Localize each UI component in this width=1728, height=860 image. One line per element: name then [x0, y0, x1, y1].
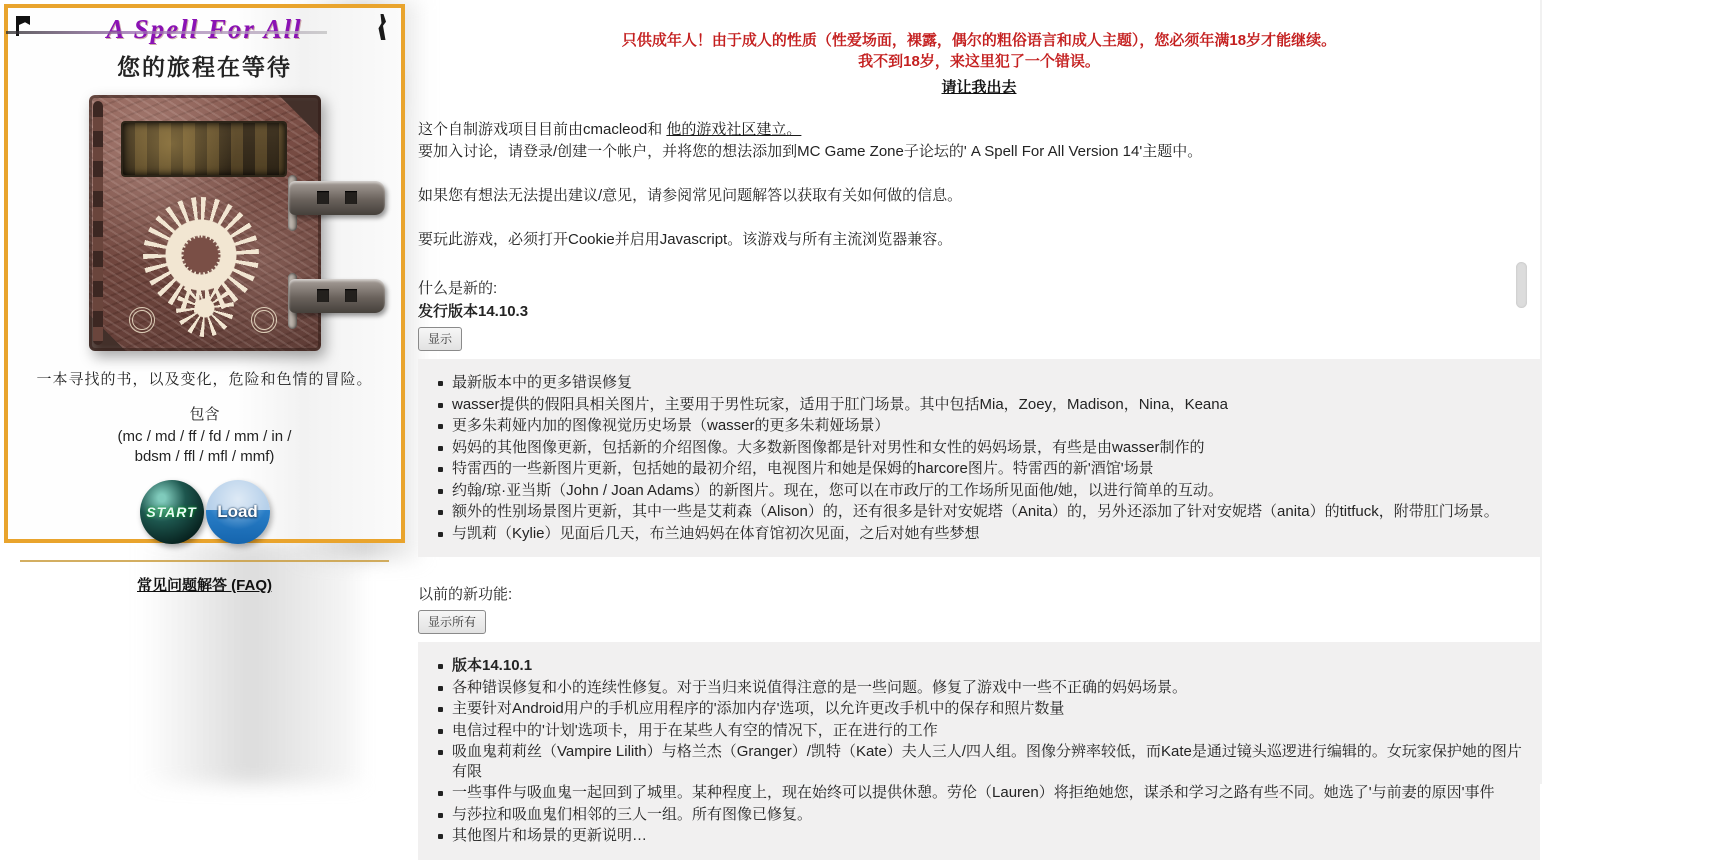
age-warning-line1: 只供成年人！由于成人的性质（性爱场面，裸露，偶尔的粗俗语言和成人主题），您必须年…: [418, 30, 1540, 51]
previous-features-heading: 以前的新功能:: [418, 583, 1540, 604]
previous-version-item: 版本14.10.1: [432, 656, 1530, 676]
changelog-item: 最新版本中的更多错误修复: [432, 373, 1530, 393]
changelog-list-current: 最新版本中的更多错误修复wasser提供的假阳具相关图片，主要用于男性玩家，适用…: [432, 373, 1530, 543]
changelog-item: 各种错误修复和小的连续性修复。对于当归来说值得注意的是一些问题。修复了游戏中一些…: [432, 678, 1530, 698]
show-all-button[interactable]: 显示所有: [418, 610, 486, 634]
game-tagline: 一本寻找的书，以及变化，危险和色情的冒险。: [8, 368, 401, 389]
changelog-item: 妈妈的其他图像更新，包括新的介绍图像。大多数新图像都是针对男性和女性的妈妈场景，…: [432, 438, 1530, 458]
age-warning-line2: 我不到18岁，来这里犯了一个错误。: [418, 51, 1540, 72]
changelog-item: 吸血鬼莉莉丝（Vampire Lilith）与格兰杰（Granger）/凯特（K…: [432, 742, 1530, 781]
forum-link[interactable]: 他的游戏社区建立。: [666, 121, 801, 138]
game-subtitle: 您的旅程在等待: [8, 49, 401, 82]
release-version: 发行版本14.10.3: [418, 300, 1540, 321]
changelog-list-previous-items: 各种错误修复和小的连续性修复。对于当归来说值得注意的是一些问题。修复了游戏中一些…: [432, 678, 1530, 785]
changelog-item: 额外的性别场景图片更新，其中一些是艾莉森（Alison）的，还有很多是针对安妮塔…: [432, 502, 1530, 522]
main-content: 只供成年人！由于成人的性质（性爱场面，裸露，偶尔的粗俗语言和成人主题），您必须年…: [418, 0, 1540, 784]
content-tags-line1: (mc / md / ff / fd / mm / in /: [8, 427, 401, 447]
book-spiral-left: [129, 307, 155, 333]
book-clasp-bottom: [289, 279, 385, 313]
load-button[interactable]: Load: [206, 480, 270, 544]
changelog-item: 约翰/琼·亚当斯（John / Joan Adams）的新图片。现在，您可以在市…: [432, 481, 1530, 501]
age-warning: 只供成年人！由于成人的性质（性爱场面，裸露，偶尔的粗俗语言和成人主题），您必须年…: [418, 30, 1540, 72]
changelog-item: 更多朱莉娅内加的图像视觉历史场景（wasser的更多朱莉娅场景）: [432, 416, 1530, 436]
changelog-item: 与凯莉（Kylie）见面后几天，布兰迪妈妈在体育馆初次见面，之后对她有些梦想: [432, 524, 1530, 544]
whats-new-heading: 什么是新的:: [418, 277, 1540, 298]
changelog-list-previous: 版本14.10.1: [432, 656, 1530, 676]
changelog-item: 主要针对Android用户的手机应用程序的'添加内存'选项，以允许更改手机中的保…: [432, 699, 1530, 719]
changelog-item: 特雷西的一些新图片更新，包括她的最初介绍，电视图片和她是保姆的harcore图片…: [432, 459, 1530, 479]
changelog-item: wasser提供的假阳具相关图片，主要用于男性玩家，适用于肛门场景。其中包括Mi…: [432, 395, 1530, 415]
spellbook-cover-image: [89, 95, 321, 351]
book-spine: [93, 101, 103, 345]
intro-text: 这个自制游戏项目目前由cmacleod和: [418, 121, 666, 138]
faq-link[interactable]: 常见问题解答 (FAQ): [137, 574, 272, 595]
cookies-paragraph: 要玩此游戏，必须打开Cookie并启用Javascript。该游戏与所有主流浏览…: [418, 229, 1540, 251]
contains-label: 包含: [8, 403, 401, 424]
book-title-plate: [121, 121, 287, 177]
game-title: A Spell For All: [98, 14, 310, 45]
book-clasp-top: [289, 181, 385, 215]
game-actions: START Load: [8, 480, 401, 544]
suggestions-paragraph: 如果您有想法无法提出建议/意见，请参阅常见问题解答以获取有关如何做的信息。: [418, 185, 1540, 207]
changelog-box-current: 最新版本中的更多错误修复wasser提供的假阳具相关图片，主要用于男性玩家，适用…: [418, 359, 1540, 557]
start-button[interactable]: START: [140, 480, 204, 544]
changelog-box-previous: 版本14.10.1 各种错误修复和小的连续性修复。对于当归来说值得注意的是一些问…: [418, 642, 1540, 784]
show-button[interactable]: 显示: [418, 327, 462, 351]
exit-link[interactable]: 请让我出去: [418, 76, 1540, 97]
changelog-item: 电信过程中的'计划'选项卡，用于在某些人有空的情况下，正在进行的工作: [432, 721, 1530, 741]
intro-paragraph: 这个自制游戏项目目前由cmacleod和 他的游戏社区建立。 要加入讨论，请登录…: [418, 119, 1540, 163]
game-sidebar-panel: A Spell For All 您的旅程在等待 一本寻找的书，以及变化，危险和色…: [4, 4, 405, 543]
scrollbar-track: [1540, 0, 1542, 784]
intro-line2: 要加入讨论，请登录/创建一个帐户，并将您的想法添加到MC Game Zone子论…: [418, 141, 1540, 163]
content-tags-line2: bdsm / ffl / mfl / mmf): [8, 447, 401, 467]
book-spiral-right: [251, 307, 277, 333]
content-tags: (mc / md / ff / fd / mm / in / bdsm / ff…: [8, 427, 401, 467]
book-sunburst-emblem: [176, 279, 234, 337]
sidebar-divider: [20, 560, 389, 562]
figure-icon: [377, 14, 387, 40]
